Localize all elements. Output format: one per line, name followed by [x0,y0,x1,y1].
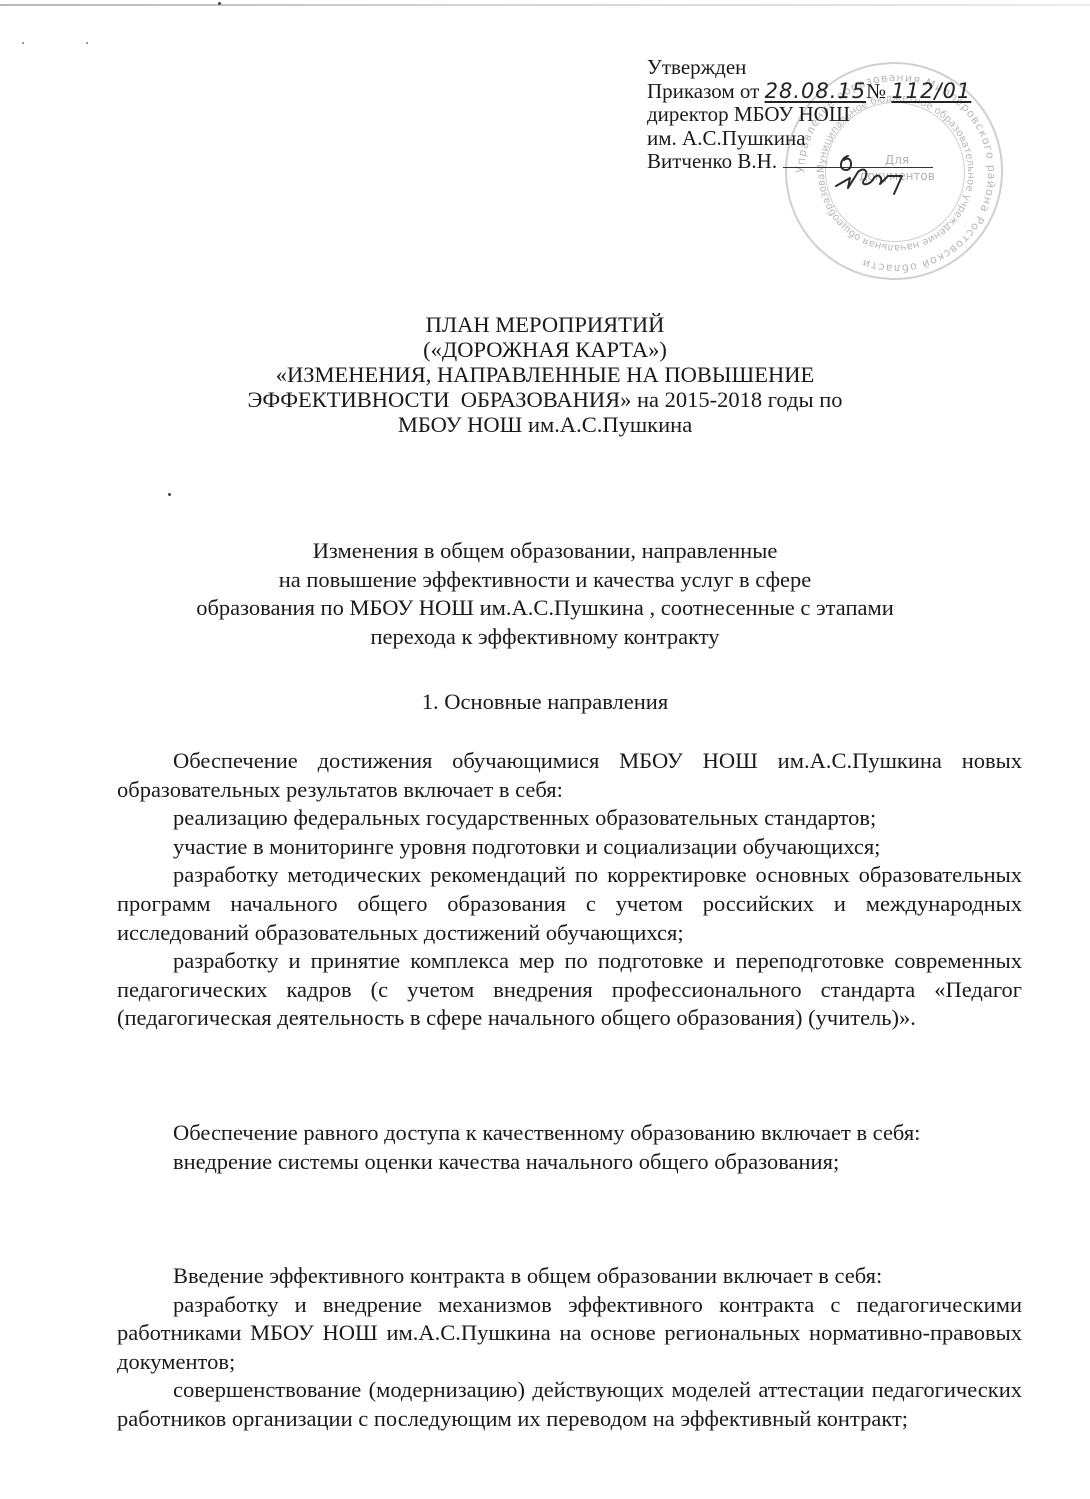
signature-line [783,167,933,168]
list-item: разработку и внедрение механизмов эффект… [117,1291,1022,1377]
order-number-sign: № [866,79,886,103]
approval-school: им. А.С.Пушкина [647,127,971,151]
scan-speck [218,2,221,5]
scan-speck [86,42,88,44]
list-item: разработку методических рекомендаций по … [117,861,1022,947]
title-line: ПЛАН МЕРОПРИЯТИЙ [0,312,1090,337]
list-item: внедрение системы оценки качества началь… [117,1148,1022,1177]
list-item: совершенствование (модернизацию) действу… [117,1376,1022,1433]
subtitle-line: перехода к эффективному контракту [0,623,1090,652]
list-item: реализацию федеральных государственных о… [117,804,1022,833]
signer-name: Витченко В.Н. [647,149,777,173]
scan-edge-line [0,4,1090,6]
document-subtitle: Изменения в общем образовании, направлен… [0,537,1090,651]
title-line: МБОУ НОШ им.А.С.Пушкина [0,412,1090,437]
paragraph-group-contract: Введение эффективного контракта в общем … [117,1262,1022,1434]
list-item: участие в мониторинге уровня подготовки … [117,833,1022,862]
approval-position: директор МБОУ НОШ [647,103,971,127]
approval-title: Утвержден [647,56,971,80]
subtitle-line: образования по МБОУ НОШ им.А.С.Пушкина ,… [0,594,1090,623]
order-number: 112/01 [891,79,971,103]
subtitle-line: на повышение эффективности и качества ус… [0,566,1090,595]
title-line: «ИЗМЕНЕНИЯ, НАПРАВЛЕННЫЕ НА ПОВЫШЕНИЕ [0,362,1090,387]
title-line: («ДОРОЖНАЯ КАРТА») [0,337,1090,362]
scan-speck [168,493,171,496]
approval-block: Утвержден Приказом от 28.08.15№ 112/01 д… [647,56,971,174]
order-prefix: Приказом от [647,79,759,103]
approval-order-line: Приказом от 28.08.15№ 112/01 [647,80,971,104]
paragraph: Обеспечение достижения обучающимися МБОУ… [117,747,1022,804]
paragraph-group-results: Обеспечение достижения обучающимися МБОУ… [117,747,1022,1033]
document-title: ПЛАН МЕРОПРИЯТИЙ («ДОРОЖНАЯ КАРТА») «ИЗМ… [0,312,1090,437]
paragraph-group-access: Обеспечение равного доступа к качественн… [117,1119,1022,1176]
title-line: ЭФФЕКТИВНОСТИ ОБРАЗОВАНИЯ» на 2015-2018 … [0,387,1090,412]
approval-signer-line: Витченко В.Н. [647,150,971,174]
subtitle-line: Изменения в общем образовании, направлен… [0,537,1090,566]
list-item: разработку и принятие комплекса мер по п… [117,947,1022,1033]
paragraph: Введение эффективного контракта в общем … [117,1262,1022,1291]
paragraph: Обеспечение равного доступа к качественн… [117,1119,1022,1148]
scan-speck [22,42,24,44]
section-heading: 1. Основные направления [0,689,1090,715]
order-date: 28.08.15 [765,79,867,103]
